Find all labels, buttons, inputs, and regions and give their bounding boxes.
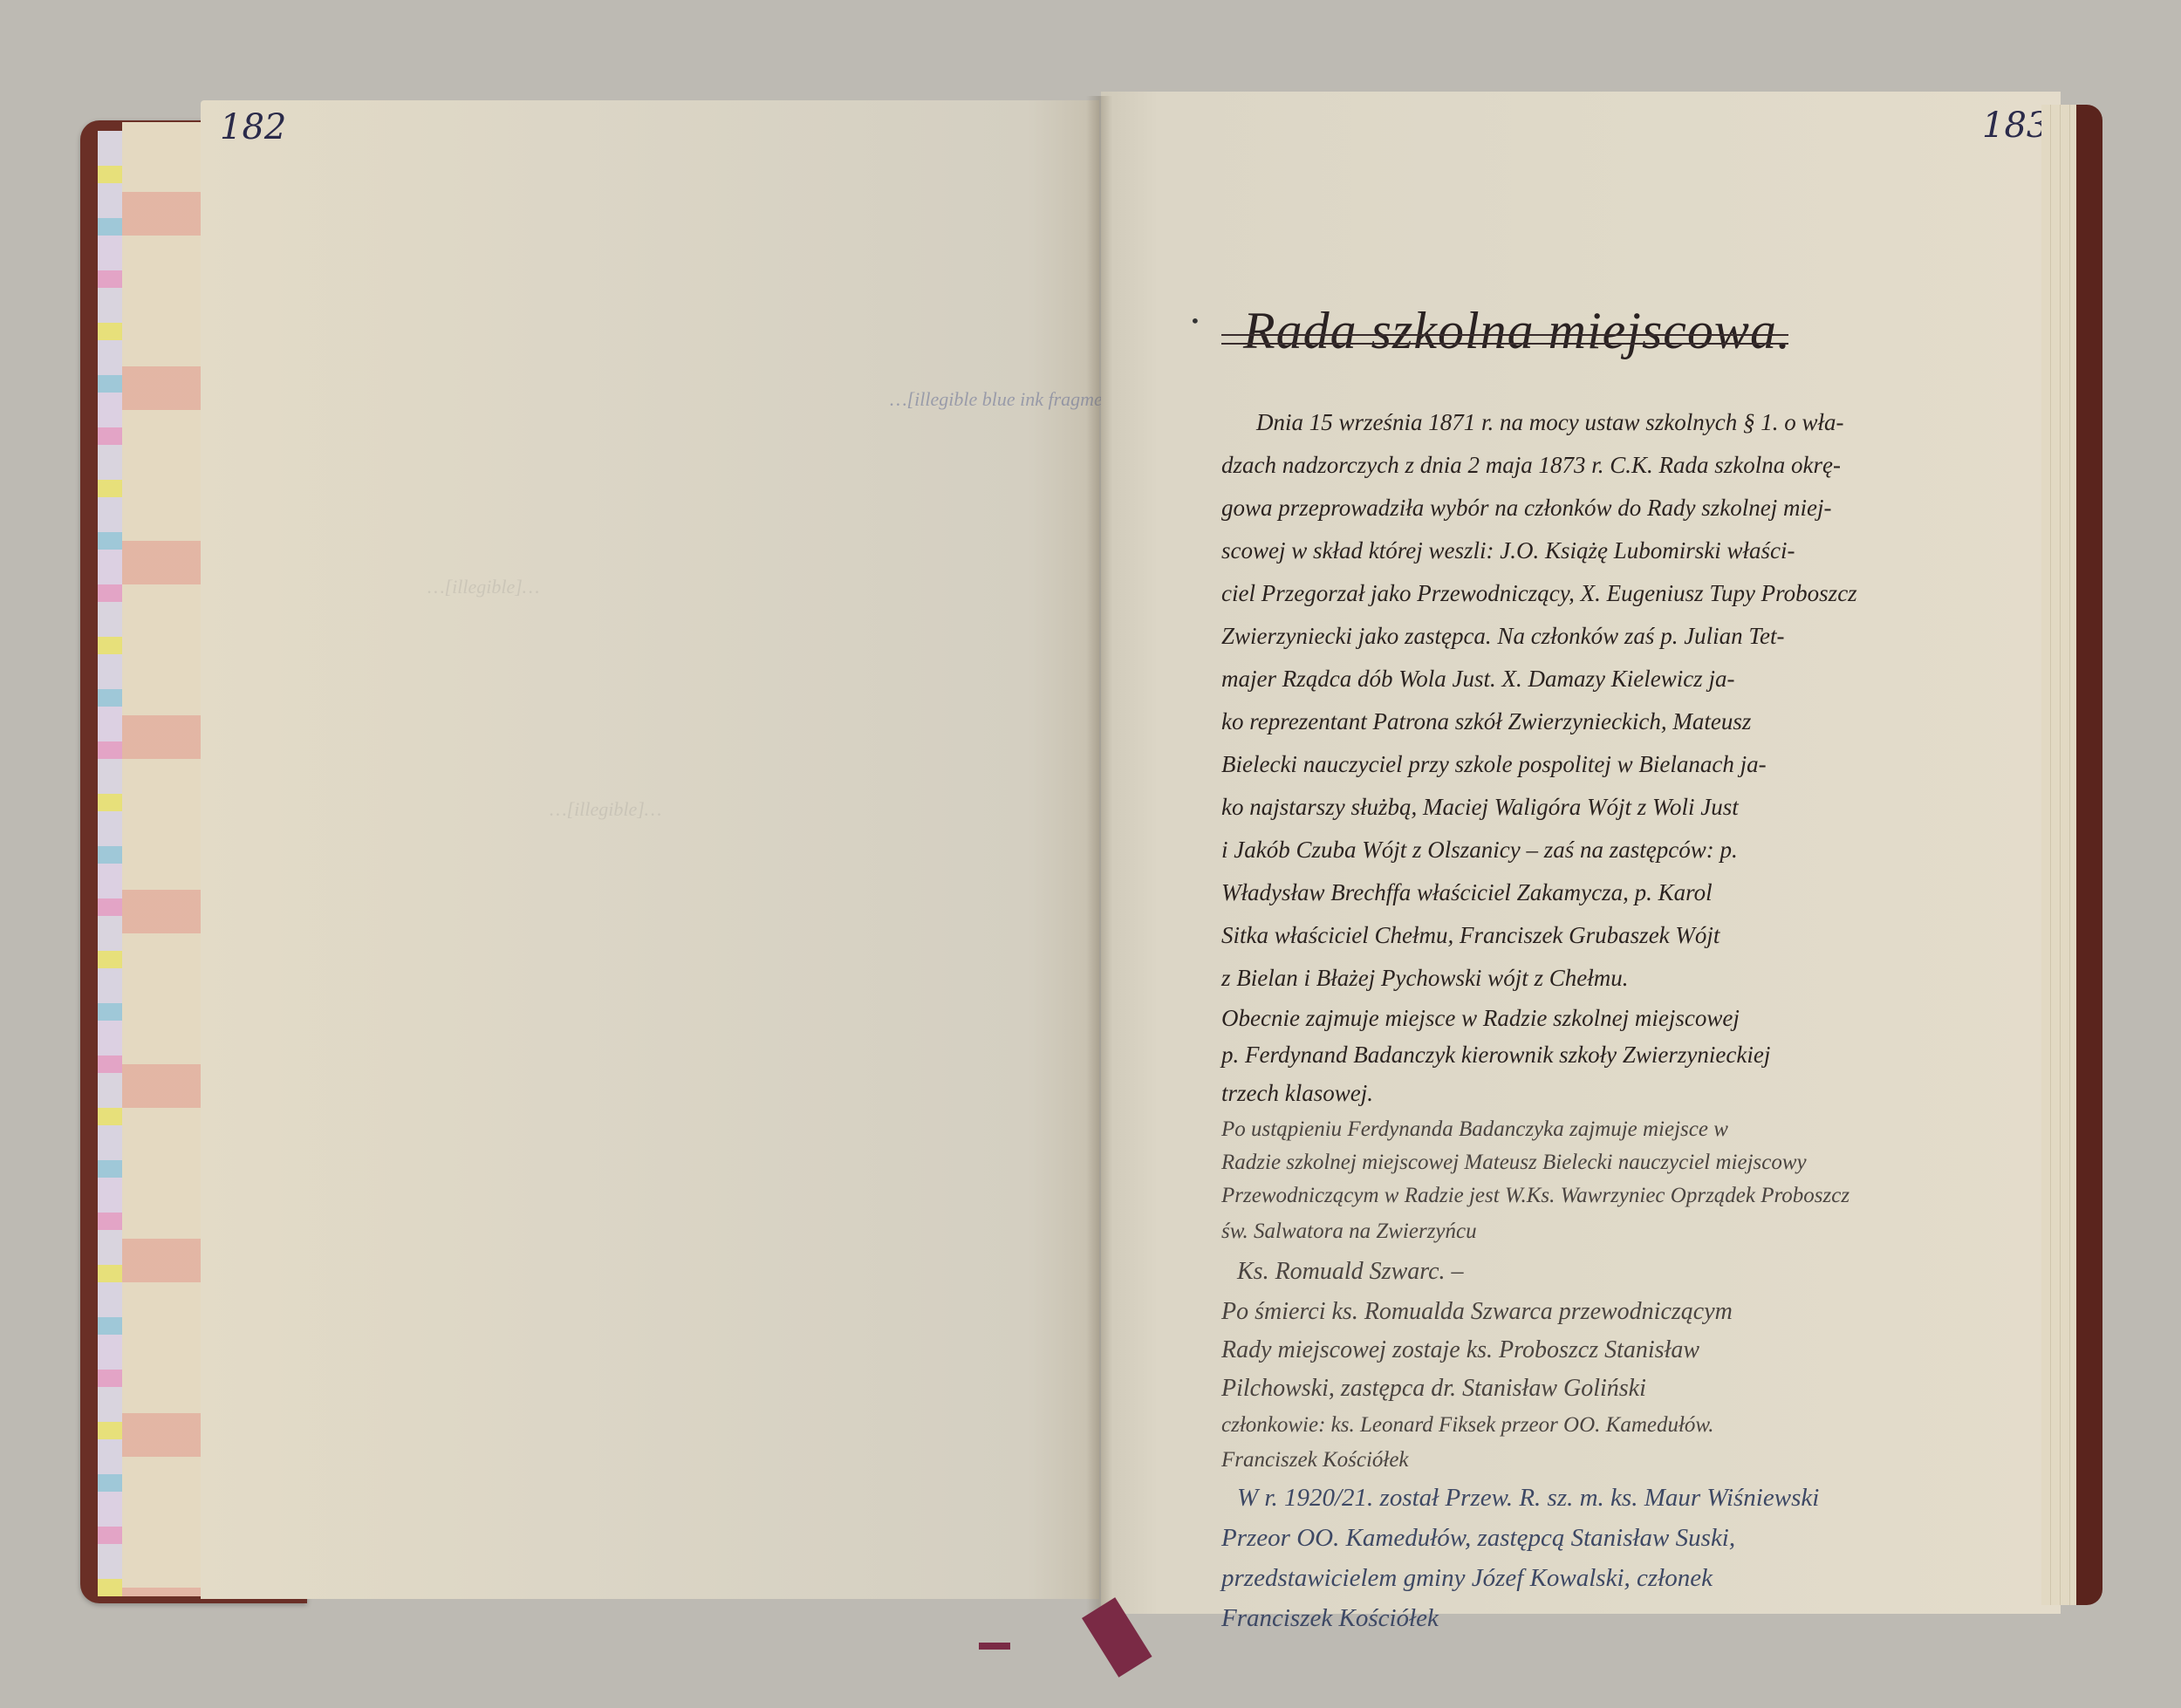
text-line: Bielecki nauczyciel przy szkole pospolit… [1221, 743, 2007, 786]
text-line: Dnia 15 września 1871 r. na mocy ustaw s… [1221, 401, 2007, 444]
text-line: z Bielan i Błażej Pychowski wójt z Chełm… [1221, 957, 2007, 1000]
pencil-line: Franciszek Kościółek [1221, 1443, 2007, 1478]
pencil-line: Radzie szkolnej miejscowej Mateusz Biele… [1221, 1146, 2007, 1179]
text-line: Władysław Brechffa właściciel Zakamycza,… [1221, 871, 2007, 914]
pencil-line: św. Salwatora na Zwierzyńcu [1221, 1213, 2007, 1251]
text-line: Obecnie zajmuje miejsce w Radzie szkolne… [1221, 1000, 2007, 1036]
pencil-line: Rady miejscowej zostaje ks. Proboszcz St… [1221, 1331, 2007, 1370]
bookmark-ribbon [979, 1643, 1010, 1650]
text-line: Sitka właściciel Chełmu, Franciszek Grub… [1221, 914, 2007, 957]
blue-ink-line: Przeor OO. Kamedułów, zastępcą Stanisław… [1221, 1518, 2007, 1558]
pencil-line: Po ustąpieniu Ferdynanda Badanczyka zajm… [1221, 1113, 2007, 1146]
text-line: ko najstarszy służbą, Maciej Waligóra Wó… [1221, 786, 2007, 829]
book-cover-right [2076, 105, 2102, 1605]
text-line: ciel Przegorzał jako Przewodniczący, X. … [1221, 572, 2007, 615]
page-number-right: 183 [1982, 106, 2048, 146]
text-line: p. Ferdynand Badanczyk kierownik szkoły … [1221, 1036, 2007, 1073]
page-title: Rada szkolna miejscowa. [1243, 301, 1791, 361]
page-number-left: 182 [220, 107, 286, 147]
text-line: majer Rządca dób Wola Just. X. Damazy Ki… [1221, 658, 2007, 700]
text-line: Zwierzyniecki jako zastępca. Na członków… [1221, 615, 2007, 658]
title-mark: • [1190, 311, 1200, 331]
text-line: trzech klasowej. [1221, 1073, 2007, 1113]
pencil-line: Pilchowski, zastępca dr. Stanisław Goliń… [1221, 1370, 2007, 1408]
text-line: dzach nadzorczych z dnia 2 maja 1873 r. … [1221, 444, 2007, 487]
left-page: 182 …[illegible blue ink fragment]… …[il… [201, 100, 1099, 1599]
pencil-line: Przewodniczącym w Radzie jest W.Ks. Wawr… [1221, 1179, 2007, 1213]
text-line: i Jakób Czuba Wójt z Olszanicy – zaś na … [1221, 829, 2007, 871]
book-gutter [1086, 96, 1112, 1614]
text-line: gowa przeprowadziła wybór na członków do… [1221, 487, 2007, 529]
blue-ink-line: przedstawicielem gminy Józef Kowalski, c… [1221, 1558, 2007, 1598]
text-line: ko reprezentant Patrona szkół Zwierzynie… [1221, 700, 2007, 743]
handwritten-body: Dnia 15 września 1871 r. na mocy ustaw s… [1221, 401, 2007, 1638]
blue-ink-line: W r. 1920/21. został Przew. R. sz. m. ks… [1221, 1478, 2007, 1518]
pencil-line: Po śmierci ks. Romualda Szwarca przewodn… [1221, 1293, 2007, 1331]
bleed-through-text: …[illegible]… [427, 576, 539, 598]
text-line: scowej w skład której weszli: J.O. Książ… [1221, 529, 2007, 572]
bleed-through-text: …[illegible]… [550, 798, 661, 821]
title-underline [1221, 334, 1788, 345]
pencil-line: członkowie: ks. Leonard Fiksek przeor OO… [1221, 1408, 2007, 1443]
pencil-line: Ks. Romuald Szwarc. – [1221, 1251, 2007, 1293]
blue-ink-line: Franciszek Kościółek [1221, 1598, 2007, 1638]
